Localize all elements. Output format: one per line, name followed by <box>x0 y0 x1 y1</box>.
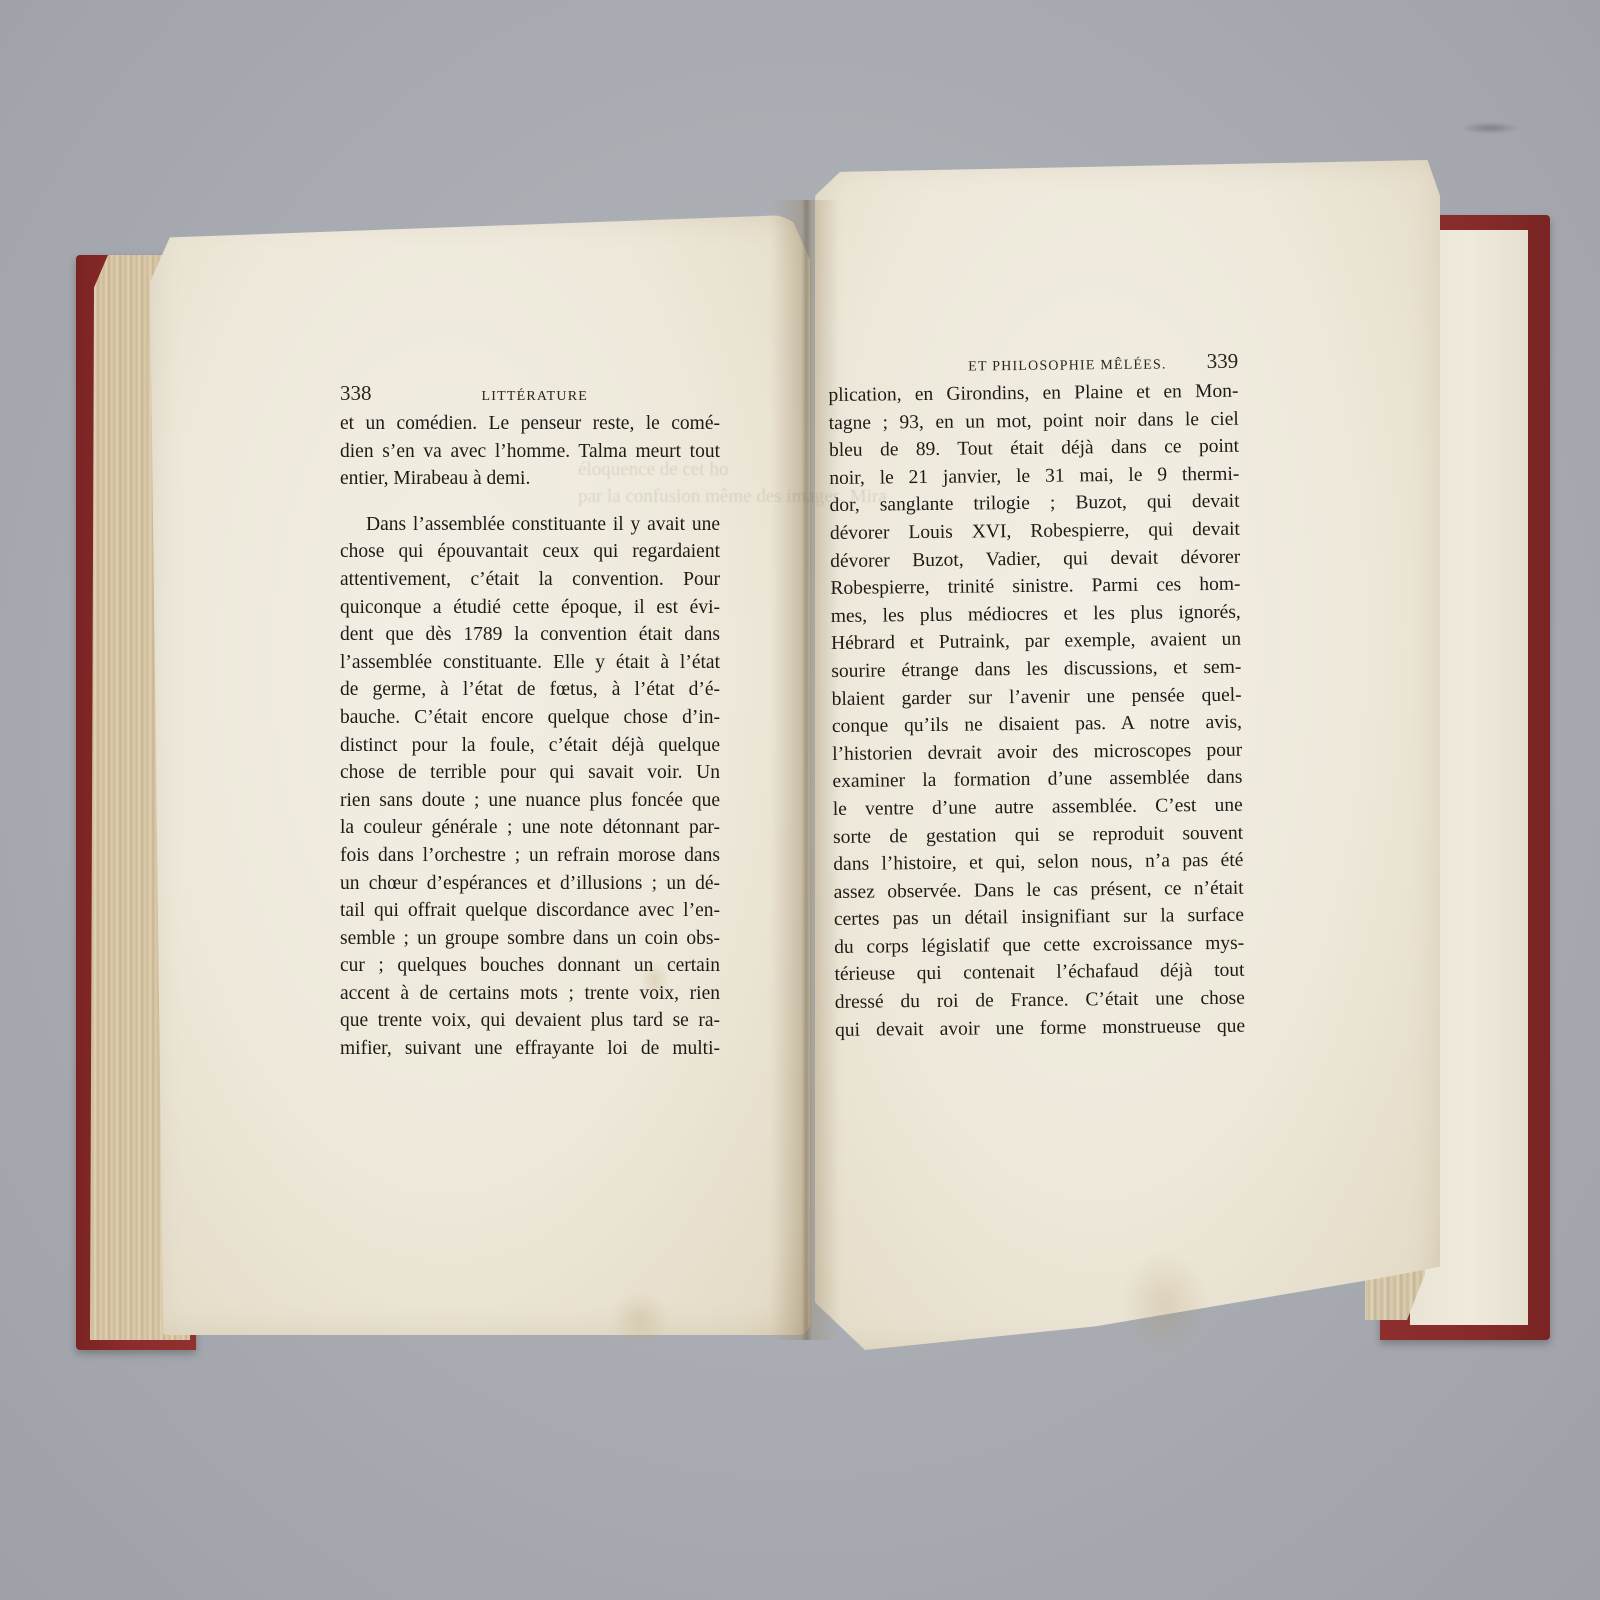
text-line: un chœur d’espérances et d’illusions ; u… <box>340 870 720 898</box>
text-line: plication, en Girondins, en Plaine et en… <box>828 378 1238 410</box>
running-head-right: ET PHILOSOPHIE MÊLÉES. 339 <box>828 348 1238 382</box>
text-line: noir, le 21 janvier, le 31 mai, le 9 the… <box>829 460 1239 492</box>
text-line: attentivement, c’était la convention. Po… <box>340 566 720 594</box>
text-line: blaient garder sur l’avenir une pensée q… <box>831 681 1241 713</box>
paragraph: et un comédien. Le penseur reste, le com… <box>340 410 720 493</box>
text-line: entier, Mirabeau à demi. <box>340 465 720 493</box>
text-line: de germe, à l’état de fœtus, à l’état d’… <box>340 676 720 704</box>
paragraph: plication, en Girondins, en Plaine et en… <box>828 378 1245 1045</box>
text-line: dans l’histoire, et qui, selon nous, n’a… <box>833 847 1243 879</box>
text-line: dor, sanglante trilogie ; Buzot, qui dev… <box>829 488 1239 520</box>
text-line: distinct pour la foule, c’était déjà que… <box>340 732 720 760</box>
paragraph: Dans l’assemblée constituante il y avait… <box>340 511 720 1063</box>
text-line: que trente voix, qui devaient plus tard … <box>340 1007 720 1035</box>
text-line: la couleur générale ; une note détonnant… <box>340 814 720 842</box>
text-line: l’assemblée constituante. Elle y était à… <box>340 649 720 677</box>
text-line: le ventre d’une autre assemblée. C’est u… <box>833 792 1243 824</box>
text-line: mifier, suivant une effrayante loi de mu… <box>340 1035 720 1063</box>
text-line: quiconque a étudié cette époque, il est … <box>340 594 720 622</box>
running-head-title: LITTÉRATURE <box>482 383 589 411</box>
text-line: Dans l’assemblée constituante il y avait… <box>340 511 720 539</box>
text-line: semble ; un groupe sombre dans un coin o… <box>340 925 720 953</box>
text-line: Robespierre, trinité sinistre. Parmi ces… <box>830 571 1240 603</box>
text-line: bauche. C’était encore quelque chose d’i… <box>340 704 720 732</box>
text-line: l’historien devrait avoir des microscope… <box>832 736 1242 768</box>
text-line: accent à de certains mots ; trente voix,… <box>340 980 720 1008</box>
text-line: qui devait avoir une forme monstrueuse q… <box>835 1012 1245 1044</box>
text-line: térieuse qui contenait l’échafaud déjà t… <box>834 957 1244 989</box>
text-line: du corps législatif que cette excroissan… <box>834 930 1244 962</box>
text-line: rien sans doute ; une nuance plus foncée… <box>340 787 720 815</box>
left-page-text: 338 LITTÉRATURE et un comédien. Le pense… <box>340 380 720 1063</box>
text-line: Hébrard et Putraink, par exemple, avaien… <box>831 626 1241 658</box>
text-line: bleu de 89. Tout était déjà dans ce poin… <box>829 433 1239 465</box>
text-line: tagne ; 93, en un mot, point noir dans l… <box>829 405 1239 437</box>
page-number: 339 <box>1206 348 1238 376</box>
text-line: sourire étrange dans les discussions, et… <box>831 654 1241 686</box>
surface-mark <box>1460 122 1520 134</box>
water-stain <box>1120 1250 1210 1360</box>
running-head-title: ET PHILOSOPHIE MÊLÉES. <box>968 351 1167 381</box>
text-line: et un comédien. Le penseur reste, le com… <box>340 410 720 438</box>
text-line: dien s’en va avec l’homme. Talma meurt t… <box>340 438 720 466</box>
text-line: chose qui épouvantait ceux qui regardaie… <box>340 538 720 566</box>
text-line: conque qu’ils ne disaient pas. A notre a… <box>832 709 1242 741</box>
text-line: assez observée. Dans le cas présent, ce … <box>834 874 1244 906</box>
text-line: certes pas un détail insignifiant sur la… <box>834 902 1244 934</box>
text-line: mes, les plus médiocres et les plus igno… <box>831 598 1241 630</box>
text-line: fois dans l’orchestre ; un refrain moros… <box>340 842 720 870</box>
text-line: dévorer Buzot, Vadier, qui devait dévore… <box>830 543 1240 575</box>
water-stain <box>610 1290 670 1350</box>
text-line: tail qui offrait quelque discordance ave… <box>340 897 720 925</box>
text-line: dent que dès 1789 la convention était da… <box>340 621 720 649</box>
text-line: dressé du roi de France. C’était une cho… <box>835 985 1245 1017</box>
text-line: chose de terrible pour qui savait voir. … <box>340 759 720 787</box>
text-line: dévorer Louis XVI, Robespierre, qui deva… <box>830 516 1240 548</box>
text-line: cur ; quelques bouches donnant un certai… <box>340 952 720 980</box>
right-page-text: ET PHILOSOPHIE MÊLÉES. 339 plication, en… <box>828 348 1245 1045</box>
text-line: examiner la formation d’une assemblée da… <box>832 764 1242 796</box>
text-line: sorte de gestation qui se reproduit souv… <box>833 819 1243 851</box>
running-head-left: 338 LITTÉRATURE <box>340 380 720 410</box>
page-number: 338 <box>340 380 372 408</box>
